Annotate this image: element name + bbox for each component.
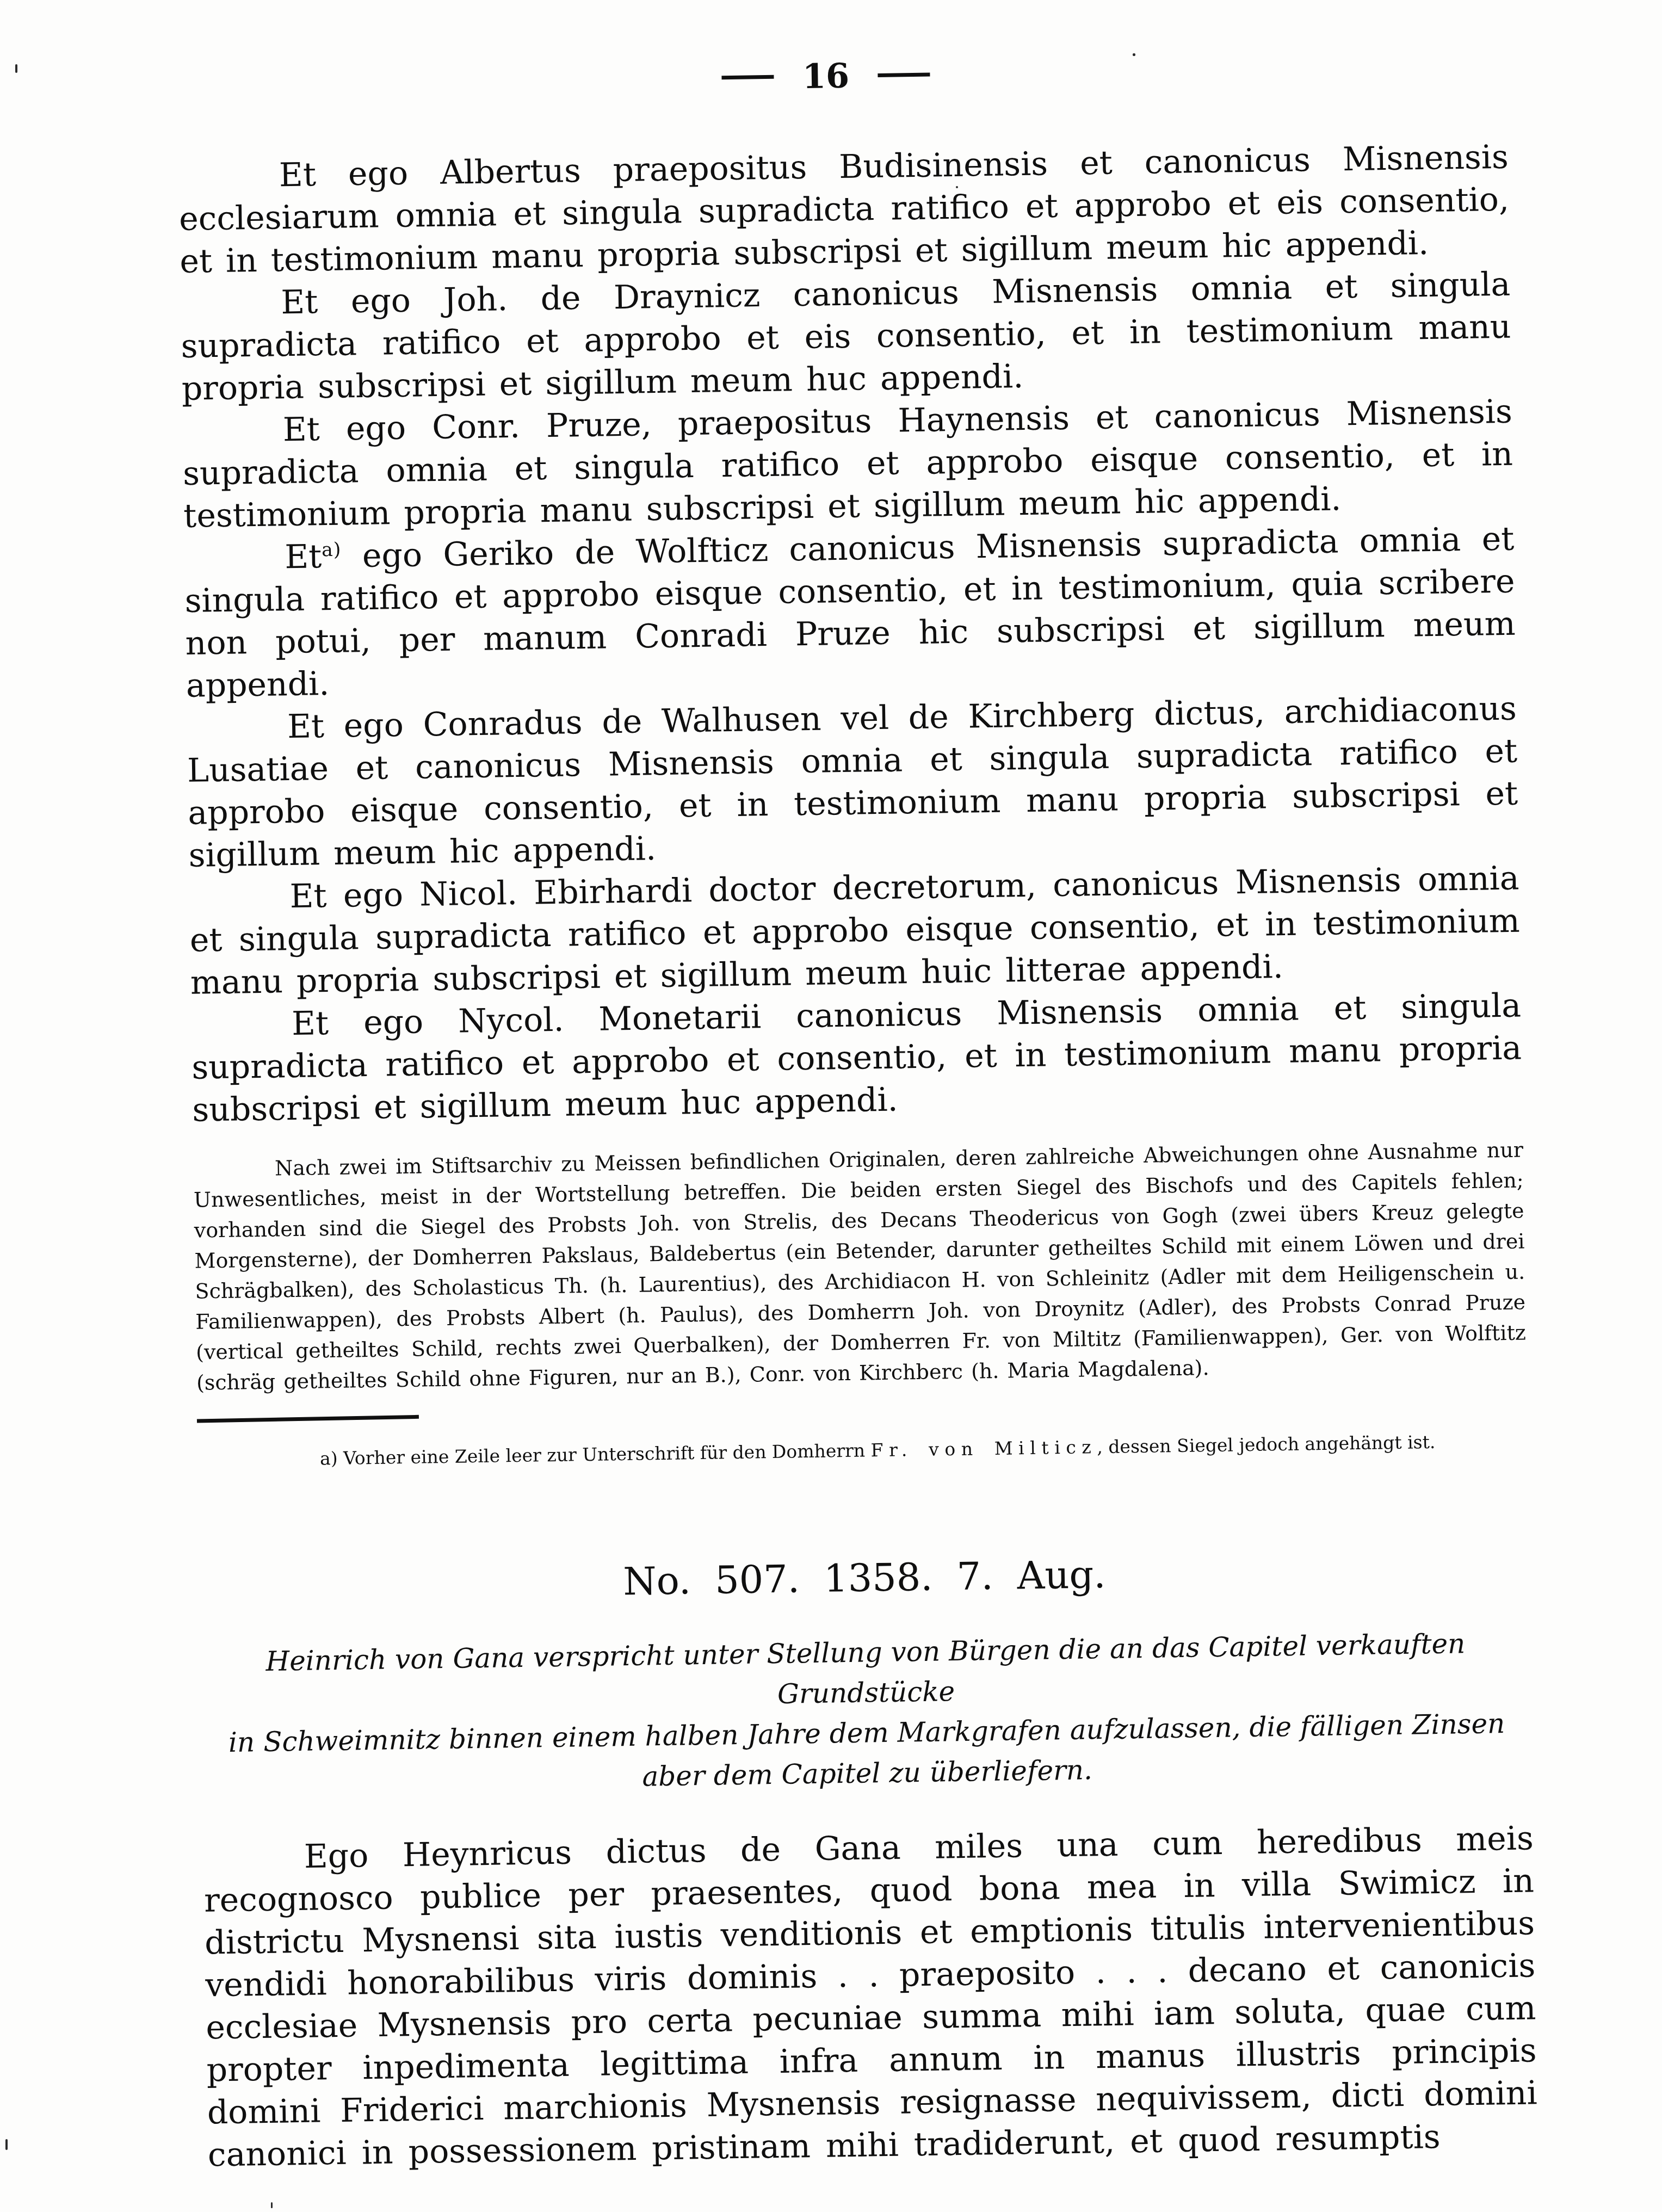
footnote-prefix: Vorher eine Zeile leer zur Unterschrift …: [337, 1439, 871, 1469]
charter-body: Ego Heynricus dictus de Gana miles una c…: [203, 1817, 1538, 2176]
footnote-marker: a): [320, 1448, 338, 1469]
scan-speck: [956, 186, 958, 188]
footnote-name: Fr. von Milticz: [870, 1436, 1097, 1461]
scan-speck: [1133, 53, 1135, 56]
page-content: 16 Et ego Albertus praepositus Budisinen…: [177, 45, 1538, 2177]
page-number-dash-right: [878, 72, 930, 77]
page-number: 16: [802, 56, 849, 96]
attestation-geriko-wolfticz: Eta) ego Geriko de Wolfticz canonicus Mi…: [184, 518, 1516, 707]
attestation-nicol-ebirhardi: Et ego Nicol. Ebirhardi doctor decretoru…: [189, 857, 1521, 1004]
attestation-rest: ego Geriko de Wolfticz canonicus Misnens…: [184, 520, 1516, 705]
scanned-page: 16 Et ego Albertus praepositus Budisinen…: [0, 0, 1662, 2212]
page-number-dash-left: [722, 75, 774, 79]
attestation-lead: Et: [285, 537, 322, 576]
scan-speck: [271, 2202, 273, 2208]
charter-heading: No. 507. 1358. 7. Aug.: [199, 1545, 1530, 1610]
scan-speck: [5, 2139, 8, 2150]
attestation-joh-draynicz: Et ego Joh. de Draynicz canonicus Misnen…: [180, 263, 1512, 410]
scan-speck: [15, 64, 17, 73]
attestation-albertus: Et ego Albertus praepositus Budisinensis…: [178, 136, 1510, 283]
attestation-conradus-walhusen: Et ego Conradus de Walhusen vel de Kirch…: [187, 688, 1519, 877]
source-note: Nach zwei im Stiftsarchiv zu Meissen bef…: [193, 1135, 1527, 1398]
page-header: 16: [177, 45, 1475, 108]
attestation-conr-pruze: Et ego Conr. Pruze, praepositus Haynensi…: [182, 391, 1513, 537]
footnote: a) Vorher eine Zeile leer zur Unterschri…: [320, 1428, 1528, 1472]
attestation-nycol-monetarii: Et ego Nycol. Monetarii canonicus Misnen…: [191, 985, 1523, 1132]
footnote-rule: [197, 1415, 419, 1423]
footnote-suffix: , dessen Siegel jedoch angehängt ist.: [1097, 1431, 1436, 1457]
charter-summary: Heinrich von Gana verspricht unter Stell…: [200, 1622, 1533, 1803]
footnote-marker-ref: a): [322, 539, 342, 561]
